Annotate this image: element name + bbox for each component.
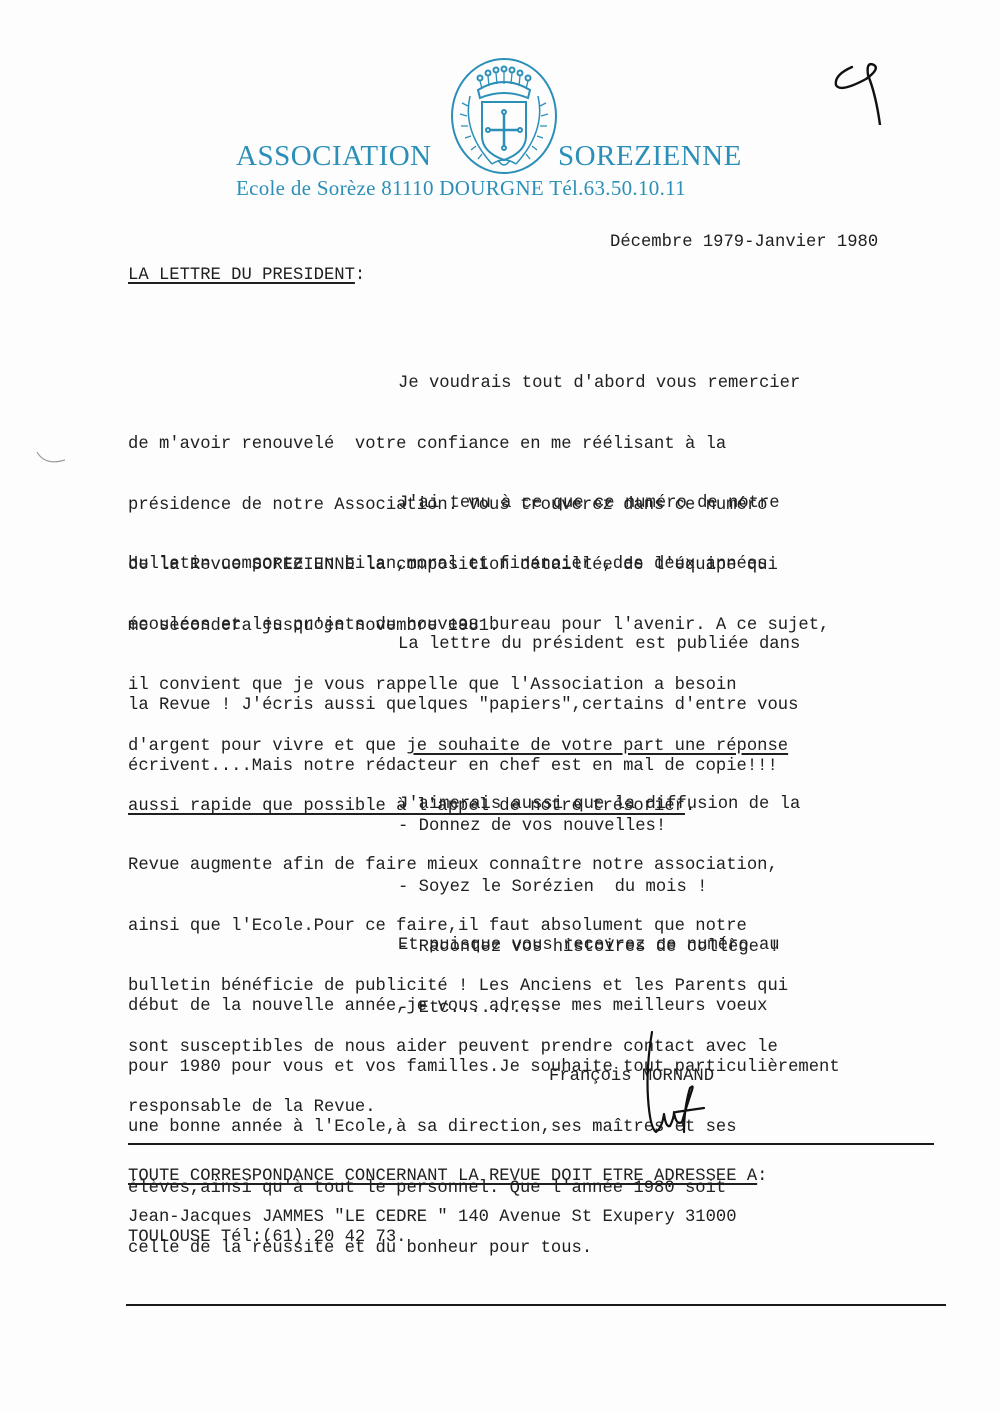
divider-line [126, 1304, 946, 1306]
correspondence-notice: TOUTE CORRESPONDANCE CONCERNANT LA REVUE… [128, 1167, 768, 1187]
letter-date: Décembre 1979-Janvier 1980 [610, 233, 878, 253]
contact-address-line-2: TOULOUSE Tél:(61) 20 42 73. [128, 1228, 406, 1248]
notice-text: TOUTE CORRESPONDANCE CONCERNANT LA REVUE… [128, 1167, 757, 1186]
notice-colon: : [757, 1167, 767, 1186]
divider-line [128, 1143, 934, 1145]
handwritten-signature-icon [640, 1028, 710, 1138]
paragraph-line: J'aimerais aussi que la diffusion de la [128, 795, 800, 815]
letter-heading: LA LETTRE DU PRESIDENT: [128, 266, 365, 286]
paragraph-line: de m'avoir renouvelé votre confiance en … [128, 435, 800, 455]
paragraph-line: J'ai tenu à ce que ce numéro de notre [128, 494, 829, 514]
paragraph-line: pour 1980 pour vous et vos familles.Je s… [128, 1058, 840, 1078]
letterhead-address: Ecole de Sorèze 81110 DOURGNE Tél.63.50.… [236, 176, 686, 201]
paragraph-line: une bonne année à l'Ecole,à sa direction… [128, 1118, 840, 1138]
letterhead-name-left: ASSOCIATION [236, 140, 432, 173]
paragraph-line: bulletin comporte un bilan,moral et fina… [128, 555, 829, 575]
letterhead-name-right: SOREZIENNE [558, 140, 742, 173]
paragraph-line: la Revue ! J'écris aussi quelques "papie… [128, 696, 800, 716]
contact-address-line-1: Jean-Jacques JAMMES "LE CEDRE " 140 Aven… [128, 1208, 737, 1228]
paragraph-line: La lettre du président est publiée dans [128, 635, 800, 655]
heading-text: LA LETTRE DU PRESIDENT [128, 266, 355, 285]
coat-of-arms-logo-icon [448, 56, 560, 176]
heading-colon: : [355, 266, 365, 285]
handwritten-page-number-icon [830, 45, 910, 125]
letter-page: ASSOCIATION SOREZIENNE Ecole de Sorèze 8… [0, 0, 1000, 1413]
margin-mark-icon [35, 448, 75, 468]
paragraph-line: début de la nouvelle année,je vous adres… [128, 997, 840, 1017]
paragraph-line: Je voudrais tout d'abord vous remercier [128, 374, 800, 394]
paragraph-line: Revue augmente afin de faire mieux conna… [128, 856, 800, 876]
paragraph-line: Et puisque vous recevrez ce numéro au [128, 936, 840, 956]
